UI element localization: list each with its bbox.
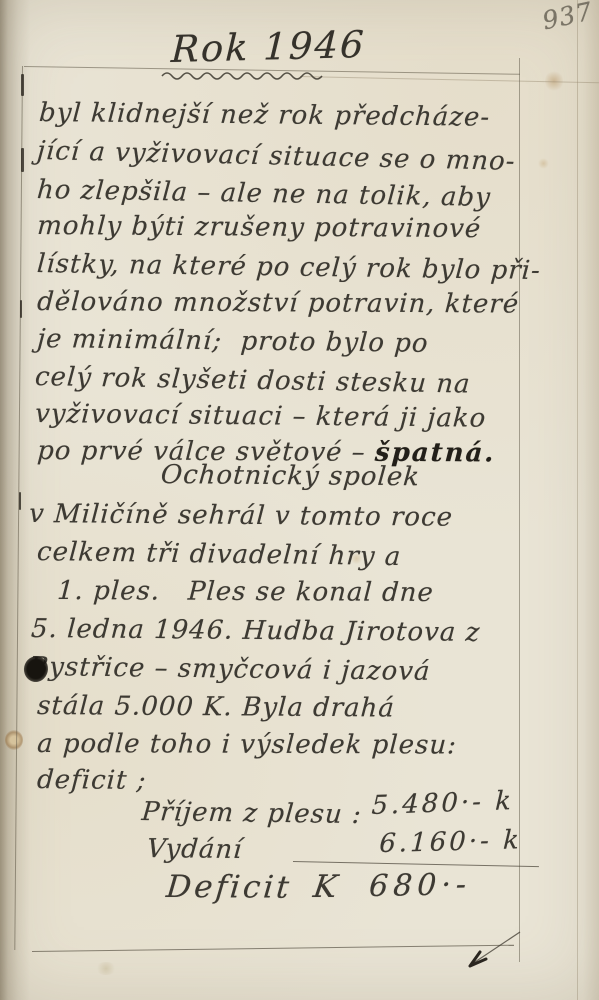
handwritten-line: a podle toho i výsledek plesu:: [36, 730, 457, 760]
handwritten-line: stála 5.000 K. Byla drahá: [36, 692, 395, 723]
handwritten-line: celý rok slyšeti dosti stesku na: [34, 363, 472, 399]
title-underline-squiggle: [160, 70, 330, 82]
handwritten-line: 1. ples. Ples se konal dne: [56, 577, 434, 608]
handwritten-line: je minimální; proto bylo po: [36, 325, 429, 358]
ledger-income-amount: 5.480·- k: [371, 787, 514, 821]
section-heading: Ochotnický spolek: [160, 461, 421, 492]
handwritten-line: Bystřice – smyčcová i jazová: [28, 653, 431, 686]
margin-tick: [20, 300, 22, 318]
check-mark-icon: [428, 928, 528, 983]
page-edge-line: [577, 0, 578, 1000]
handwritten-line: mohly býti zrušeny potravinové: [36, 212, 482, 244]
handwritten-line: jící a vyživovací situace se o mno-: [36, 137, 517, 176]
ledger-income-label: Příjem z plesu :: [141, 798, 363, 830]
paper-stain: [5, 730, 23, 750]
ledger-deficit-label: Deficit: [165, 870, 293, 905]
handwritten-line: celkem tři divadelní hry a: [36, 538, 402, 572]
paper-stain: [95, 962, 117, 975]
handwritten-line: ho zlepšila – ale ne na tolik, aby: [36, 176, 492, 212]
handwritten-line: deficit ;: [36, 766, 147, 796]
manuscript-page: 937 Rok 1946 byl klidnejší než rok předc…: [0, 0, 599, 1000]
margin-tick: [21, 148, 24, 172]
handwritten-line: byl klidnejší než rok předcháze-: [38, 99, 491, 132]
margin-tick: [19, 492, 21, 510]
page-number: 937: [540, 0, 595, 35]
handwritten-line: 5. ledna 1946. Hudba Jirotova z: [30, 615, 481, 647]
margin-tick: [21, 74, 24, 96]
ledger-deficit-currency: K: [311, 870, 340, 904]
ledger-expense-amount: 6.160·- k: [379, 826, 523, 858]
ledger-expense-label: Vydání: [146, 835, 244, 865]
line-text: Bystřice – smyčcová i jazová: [28, 652, 431, 687]
handwritten-line: lístky, na které po celý rok bylo při-: [36, 250, 542, 286]
ledger-deficit-amount: 680·-: [368, 868, 472, 903]
handwritten-line: v Miličíně sehrál v tomto roce: [28, 500, 454, 532]
handwritten-line: vyživovací situaci – která ji jako: [34, 400, 487, 433]
ledger-sum-rule: [293, 861, 539, 867]
page-title: Rok 1946: [170, 25, 366, 71]
handwritten-line: dělováno množství potravin, které: [36, 288, 520, 319]
paper-stain: [538, 158, 549, 169]
